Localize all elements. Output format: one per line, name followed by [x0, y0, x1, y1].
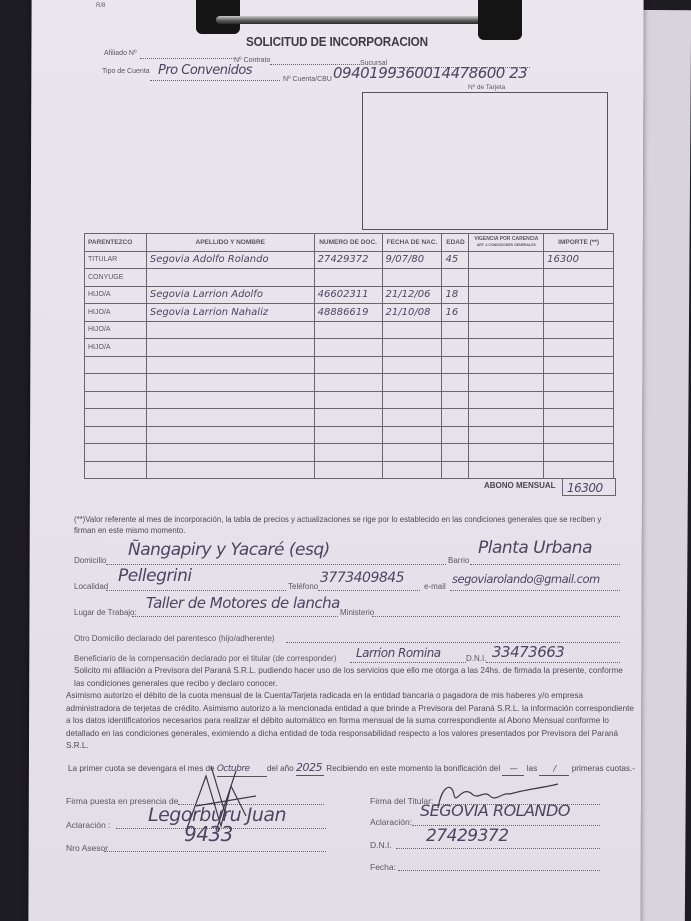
affiliation-paragraph: Solicito mi afiliación a Previsora del P… [74, 665, 634, 690]
barrio-label: Barrio [448, 556, 469, 565]
cell-nombre[interactable] [146, 356, 314, 374]
table-row [85, 374, 614, 392]
fecha-label: Fecha: [370, 862, 396, 872]
cell-vigencia[interactable] [469, 374, 544, 392]
cell-vigencia[interactable] [469, 409, 544, 427]
dni2-field[interactable] [396, 848, 600, 849]
cell-parentezco [85, 409, 147, 427]
cell-parentezco [85, 374, 147, 392]
cell-fecha[interactable] [382, 321, 442, 339]
abono-label: ABONO MENSUAL [484, 481, 556, 490]
cuota-line: La primer cuota se devengara el mes de O… [68, 762, 648, 777]
localidad-label: Localidad [74, 582, 108, 591]
col-fecha: FECHA DE NAC. [382, 234, 442, 252]
cell-doc[interactable] [314, 339, 382, 357]
beneficiario-value: Larrion Romina [356, 646, 441, 660]
table-row [85, 391, 614, 409]
cell-edad[interactable] [442, 426, 469, 444]
cell-importe[interactable] [544, 444, 614, 462]
beneficiario-field[interactable] [350, 662, 466, 663]
cell-doc[interactable] [314, 391, 382, 409]
table-row: HIJO/A [85, 339, 614, 357]
cell-nombre[interactable] [146, 339, 314, 357]
cell-edad[interactable] [442, 391, 469, 409]
cuotas-field[interactable]: / [539, 762, 569, 776]
footnote: (**)Valor referente al mes de incorporac… [74, 514, 622, 536]
dni-field[interactable] [486, 662, 620, 663]
abono-value: 16300 [567, 481, 603, 495]
cell-edad[interactable]: 45 [442, 251, 469, 269]
ministerio-label: Ministerio [340, 608, 374, 617]
domicilio-field[interactable] [106, 564, 446, 565]
cell-vigencia[interactable] [469, 461, 544, 479]
cell-parentezco [85, 461, 147, 479]
trabajo-label: Lugar de Trabajo: [74, 608, 137, 617]
cell-doc[interactable] [314, 409, 382, 427]
cell-nombre[interactable] [146, 269, 314, 287]
col-nombre: APELLIDO Y NOMBRE [146, 234, 314, 252]
cell-doc[interactable] [314, 426, 382, 444]
col-vigencia: VIGENCIA POR CARENCIAART. 4 CONDICIONES … [469, 234, 544, 252]
cell-doc[interactable]: 46602311 [314, 286, 382, 304]
otro-domicilio-label: Otro Domicilio declarado del parentesco … [74, 634, 275, 643]
email-field[interactable] [450, 590, 620, 591]
cell-edad[interactable]: 16 [442, 304, 469, 322]
tipo-cuenta-field[interactable] [150, 80, 280, 81]
cell-doc[interactable] [314, 374, 382, 392]
asesor-value: 9433 [184, 822, 233, 846]
cell-vigencia[interactable] [469, 356, 544, 374]
telefono-label: Teléfono [288, 582, 318, 591]
dni-value: 33473663 [492, 643, 564, 661]
domicilio-value: Ñangapiry y Yacaré (esq) [128, 540, 330, 560]
cell-doc[interactable] [314, 444, 382, 462]
cell-nombre[interactable] [146, 444, 314, 462]
cell-importe[interactable] [544, 356, 614, 374]
cell-doc[interactable] [314, 461, 382, 479]
table-row [85, 461, 614, 479]
col-edad: EDAD [442, 234, 469, 252]
telefono-value: 3773409845 [320, 570, 404, 586]
cell-nombre[interactable] [146, 391, 314, 409]
col-doc: NUMERO DE DOC. [314, 234, 382, 252]
table-row [85, 356, 614, 374]
barrio-value: Planta Urbana [478, 538, 592, 558]
domicilio-label: Domicilio [74, 556, 106, 565]
trabajo-field[interactable] [132, 616, 338, 617]
cell-importe[interactable] [544, 304, 614, 322]
cell-vigencia[interactable] [469, 286, 544, 304]
cell-nombre[interactable]: Segovia Adolfo Rolando [146, 251, 314, 269]
cell-fecha[interactable]: 21/12/06 [382, 286, 442, 304]
cell-vigencia[interactable] [469, 444, 544, 462]
cell-nombre[interactable] [146, 409, 314, 427]
tarjeta-label: Nº de Tarjeta [468, 84, 505, 91]
cell-importe[interactable] [544, 286, 614, 304]
cell-fecha[interactable] [382, 426, 442, 444]
table-row: CONYUGE [85, 269, 614, 287]
abono-box[interactable]: 16300 [562, 478, 616, 496]
cell-parentezco: HIJO/A [85, 304, 147, 322]
cell-doc[interactable] [314, 321, 382, 339]
cell-parentezco: HIJO/A [85, 321, 147, 339]
afiliado-label: Afiliado Nº [104, 50, 137, 57]
form-title: SOLICITUD DE INCORPORACION [246, 34, 428, 49]
otro-domicilio-field[interactable] [286, 642, 620, 643]
beneficiario-label: Beneficiario de la compensación declarad… [74, 654, 336, 663]
cell-edad[interactable] [442, 269, 469, 287]
table-row: TITULARSegovia Adolfo Rolando274293729/0… [85, 251, 614, 269]
cell-parentezco: HIJO/A [85, 286, 147, 304]
cell-parentezco: HIJO/A [85, 339, 147, 357]
table-row: HIJO/ASegovia Larrion Adolfo4660231121/1… [85, 286, 614, 304]
cell-doc[interactable]: 27429372 [314, 251, 382, 269]
table-row [85, 444, 614, 462]
ministerio-field[interactable] [372, 616, 620, 617]
cell-edad[interactable] [442, 444, 469, 462]
localidad-field[interactable] [106, 590, 286, 591]
cell-importe[interactable] [544, 321, 614, 339]
asesor-label: Nro Asesor [66, 843, 108, 853]
cell-fecha[interactable] [382, 356, 442, 374]
cell-fecha[interactable] [382, 409, 442, 427]
aclaracion2-value: SEGOVIA ROLANDO [420, 801, 570, 820]
bonificacion-field[interactable]: — [502, 762, 524, 776]
aclaracion2-label: Aclaración: [370, 817, 412, 827]
dni-label: D.N.I. [466, 654, 486, 663]
cell-nombre[interactable]: Segovia Larrion Adolfo [146, 286, 314, 304]
localidad-value: Pellegrini [118, 566, 192, 586]
photo-box [362, 92, 608, 230]
cell-edad[interactable] [442, 374, 469, 392]
table-row [85, 409, 614, 427]
cell-fecha[interactable] [382, 339, 442, 357]
cuenta-cbu-label: Nº Cuenta/CBU [283, 76, 332, 83]
col-importe: IMPORTE (**) [544, 234, 614, 252]
debit-authorization-paragraph: Asimismo autorizo el débito de la cuota … [66, 690, 634, 753]
cell-edad[interactable] [442, 356, 469, 374]
cell-edad[interactable] [442, 339, 469, 357]
cell-fecha[interactable] [382, 269, 442, 287]
cell-nombre[interactable] [146, 374, 314, 392]
cuenta-cbu-value: 0940199360014478600 23 [333, 64, 527, 82]
cell-fecha[interactable] [382, 391, 442, 409]
cell-edad[interactable] [442, 321, 469, 339]
cell-importe[interactable] [544, 426, 614, 444]
cell-importe[interactable] [544, 409, 614, 427]
cell-importe[interactable]: 16300 [544, 251, 614, 269]
cell-vigencia[interactable] [469, 269, 544, 287]
cell-importe[interactable] [544, 391, 614, 409]
afiliado-field[interactable] [140, 58, 234, 59]
table-row: HIJO/A [85, 321, 614, 339]
dni2-value: 27429372 [426, 826, 509, 846]
email-value: segoviarolando@gmail.com [452, 572, 600, 586]
col-parentezco: PARENTEZCO [85, 234, 147, 252]
email-label: e-mail [424, 582, 446, 591]
cell-vigencia[interactable] [469, 304, 544, 322]
cell-vigencia[interactable] [469, 321, 544, 339]
cell-parentezco [85, 356, 147, 374]
cell-parentezco: TITULAR [85, 251, 147, 269]
fecha-field[interactable] [398, 870, 600, 871]
cell-importe[interactable] [544, 269, 614, 287]
cell-fecha[interactable] [382, 374, 442, 392]
family-table: PARENTEZCO APELLIDO Y NOMBRE NUMERO DE D… [84, 233, 614, 479]
cell-edad[interactable] [442, 409, 469, 427]
cell-importe[interactable] [544, 374, 614, 392]
cell-importe[interactable] [544, 461, 614, 479]
cell-doc[interactable] [314, 356, 382, 374]
telefono-field[interactable] [318, 590, 420, 591]
cell-vigencia[interactable] [469, 426, 544, 444]
cell-vigencia[interactable] [469, 339, 544, 357]
cell-edad[interactable]: 18 [442, 286, 469, 304]
cell-nombre[interactable] [146, 461, 314, 479]
cell-nombre[interactable]: Segovia Larrion Nahaliz [146, 304, 314, 322]
table-header-row: PARENTEZCO APELLIDO Y NOMBRE NUMERO DE D… [85, 234, 614, 252]
cell-parentezco: CONYUGE [85, 269, 147, 287]
cell-edad[interactable] [442, 461, 469, 479]
cell-parentezco [85, 426, 147, 444]
cell-nombre[interactable] [146, 426, 314, 444]
cell-parentezco [85, 391, 147, 409]
cell-parentezco [85, 444, 147, 462]
cell-importe[interactable] [544, 339, 614, 357]
cell-fecha[interactable]: 9/07/80 [382, 251, 442, 269]
cell-nombre[interactable] [146, 321, 314, 339]
tipo-cuenta-label: Tipo de Cuenta [102, 68, 150, 75]
corner-mark: R/8 [96, 3, 105, 9]
cell-doc[interactable]: 48886619 [314, 304, 382, 322]
asesor-field[interactable] [104, 851, 326, 852]
table-row [85, 426, 614, 444]
cell-vigencia[interactable] [469, 251, 544, 269]
barrio-field[interactable] [470, 564, 620, 565]
cell-vigencia[interactable] [469, 391, 544, 409]
cell-fecha[interactable] [382, 461, 442, 479]
cell-fecha[interactable]: 21/10/08 [382, 304, 442, 322]
tipo-cuenta-value: Pro Convenidos [158, 63, 252, 78]
trabajo-value: Taller de Motores de lancha [146, 594, 340, 612]
table-row: HIJO/ASegovia Larrion Nahaliz4888661921/… [85, 304, 614, 322]
cuota-anio-field[interactable]: 2025 [296, 762, 324, 776]
cell-fecha[interactable] [382, 444, 442, 462]
cell-doc[interactable] [314, 269, 382, 287]
aclaracion-label: Aclaración : [66, 820, 110, 830]
dni2-label: D.N.I. [370, 840, 392, 850]
